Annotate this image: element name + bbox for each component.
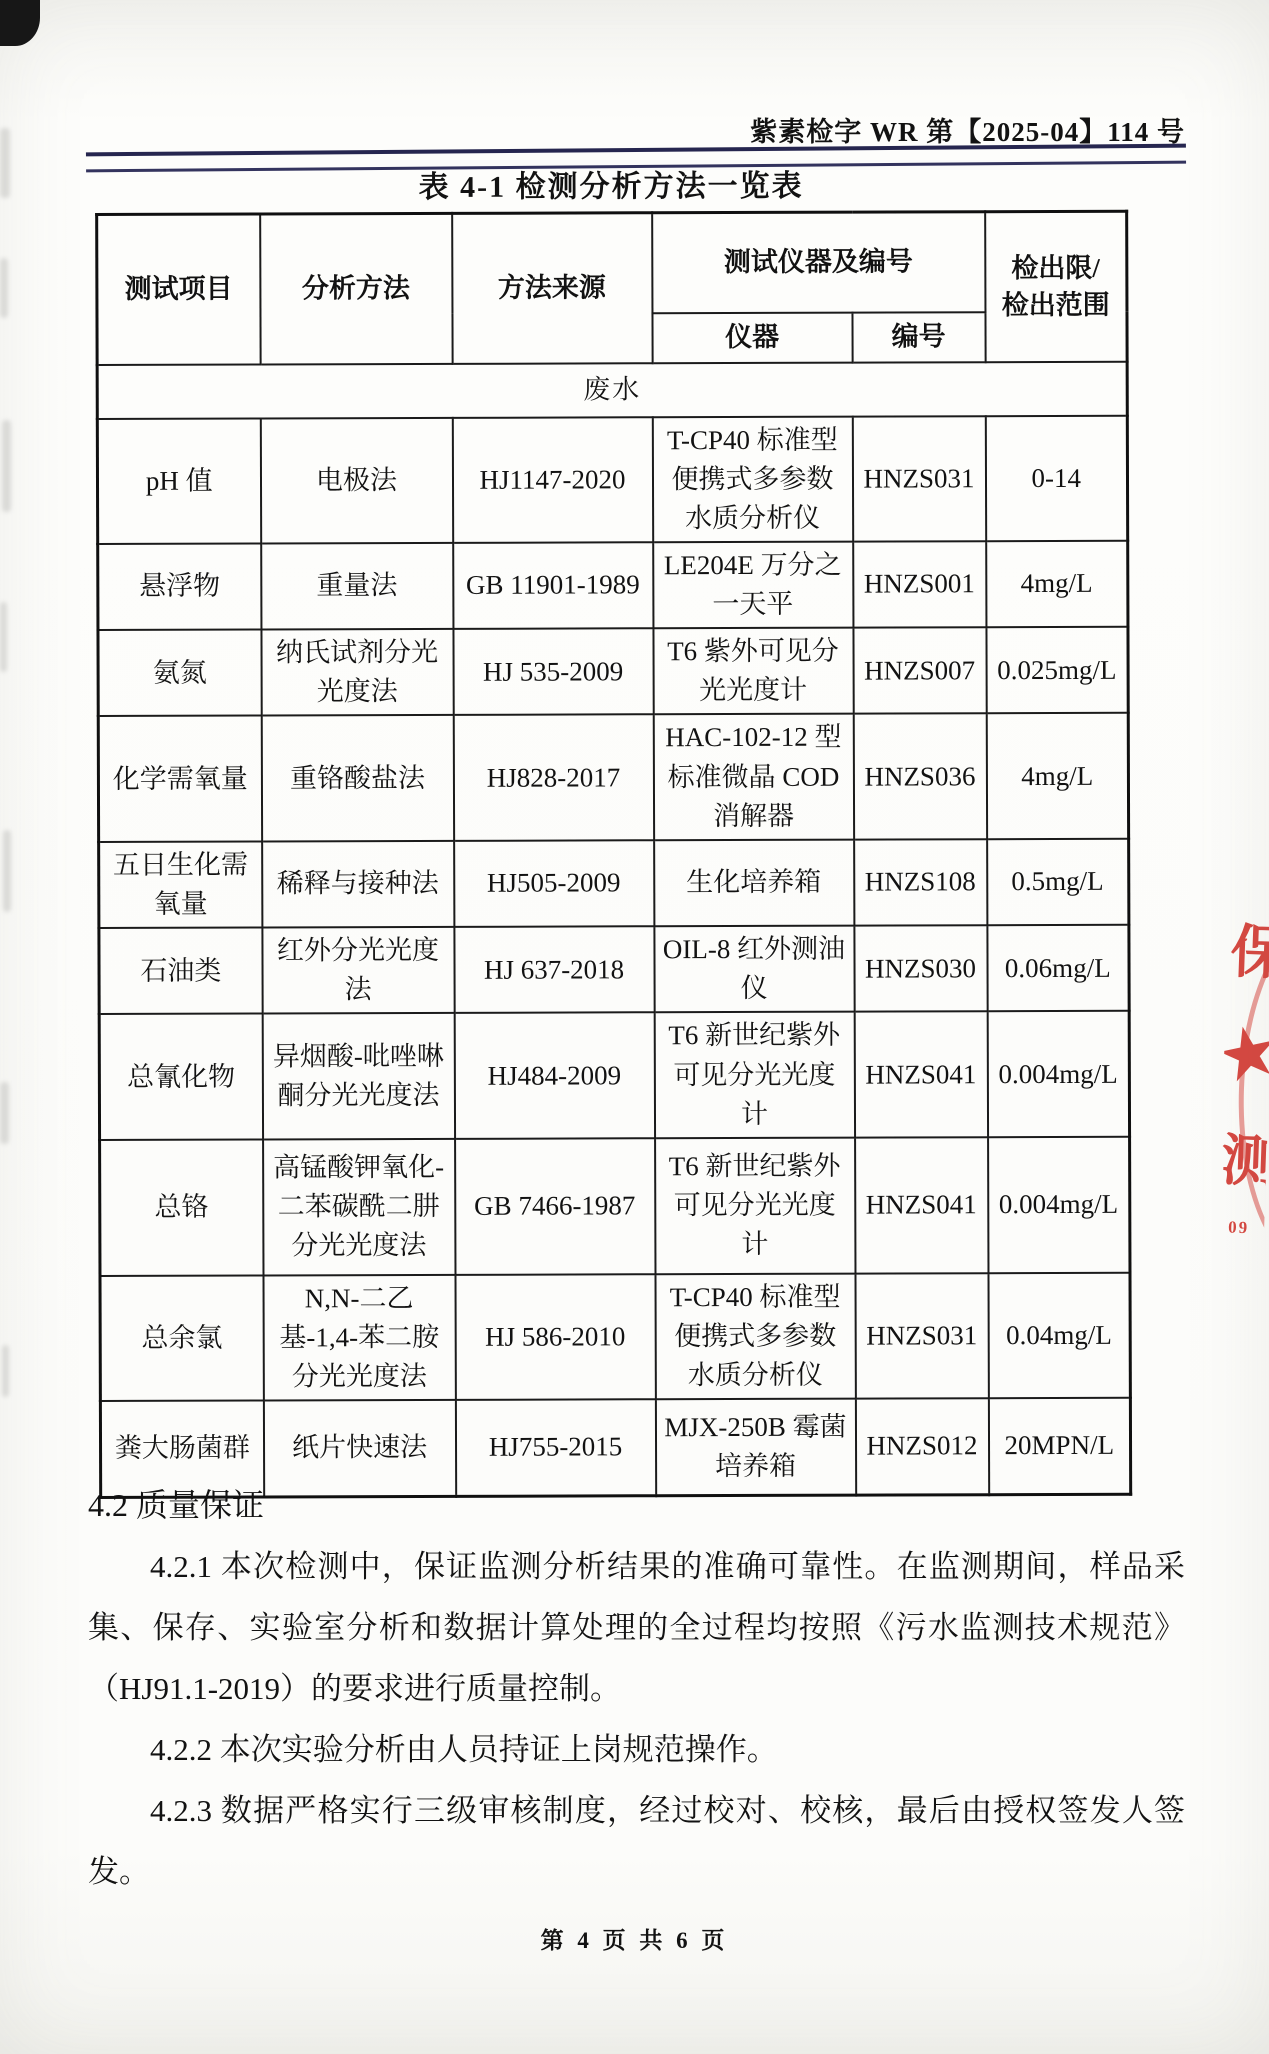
scan-corner-artifact: [0, 0, 40, 46]
analysis-methods-table: 测试项目 分析方法 方法来源 测试仪器及编号 检出限/ 检出范围 仪器 编号 废…: [95, 210, 1132, 1499]
col-header-item: 测试项目: [97, 214, 260, 365]
page-number: 第 4 页 共 6 页: [0, 1922, 1269, 1955]
cell-item: 总余氯: [100, 1275, 263, 1401]
cell-code: HNZS030: [854, 925, 987, 1012]
cell-item: pH 值: [97, 418, 260, 544]
paragraph-4-2-3: 4.2.3 数据严格实行三级审核制度，经过校对、校核，最后由授权签发人签发。: [88, 1780, 1185, 1902]
table-row: pH 值 电极法 HJ1147-2020 T-CP40 标准型便携式多参数水质分…: [97, 415, 1127, 544]
cell-method: 电极法: [260, 417, 452, 543]
cell-method: N,N-二乙基-1,4-苯二胺分光光度法: [263, 1275, 455, 1401]
cell-item: 五日生化需氧量: [99, 841, 262, 928]
scanned-report-page: 紫素检字 WR 第【2025-04】114 号 表 4-1 检测分析方法一览表 …: [0, 0, 1269, 2054]
cell-method: 重铬酸盐法: [261, 715, 453, 841]
scan-smudge: [0, 602, 7, 672]
cell-instrument: T6 紫外可见分光光度计: [653, 628, 853, 715]
table-row: 化学需氧量 重铬酸盐法 HJ828-2017 HAC-102-12 型标准微晶 …: [98, 713, 1128, 842]
cell-source: HJ 637-2018: [454, 926, 654, 1013]
table-row: 总氰化物 异烟酸-吡唑啉酮分光光度法 HJ484-2009 T6 新世纪紫外可见…: [99, 1011, 1129, 1140]
cell-source: GB 7466-1987: [455, 1138, 655, 1275]
col-header-code: 编号: [852, 312, 985, 362]
cell-limit: 0.5mg/L: [987, 839, 1129, 926]
cell-limit: 0.06mg/L: [987, 925, 1129, 1012]
col-header-limit-line1: 检出限/: [992, 250, 1120, 287]
red-seal-stamp: 保 ★ 测 09: [1217, 921, 1269, 1254]
table-row: 氨氮 纳氏试剂分光光度法 HJ 535-2009 T6 紫外可见分光光度计 HN…: [98, 627, 1128, 717]
cell-item: 石油类: [99, 928, 262, 1015]
cell-source: HJ 535-2009: [453, 628, 653, 715]
cell-item: 总氰化物: [99, 1014, 262, 1140]
cell-item: 化学需氧量: [98, 716, 261, 842]
cell-limit: 0.004mg/L: [988, 1137, 1130, 1273]
section-heading: 4.2 质量保证: [88, 1480, 1185, 1526]
paragraph-4-2-1: 4.2.1 本次检测中，保证监测分析结果的准确可靠性。在监测期间，样品采集、保存…: [88, 1536, 1185, 1719]
cell-code: HNZS007: [853, 627, 986, 714]
cell-source: HJ 586-2010: [455, 1274, 655, 1400]
cell-limit: 0.04mg/L: [988, 1273, 1130, 1399]
cell-method: 纳氏试剂分光光度法: [261, 629, 453, 716]
cell-code: HNZS041: [855, 1137, 988, 1273]
star-icon: ★: [1217, 1012, 1269, 1096]
table-row: 悬浮物 重量法 GB 11901-1989 LE204E 万分之一天平 HNZS…: [98, 541, 1128, 631]
cell-method: 高锰酸钾氧化-二苯碳酰二肼分光光度法: [263, 1139, 455, 1276]
col-header-source: 方法来源: [452, 213, 652, 364]
cell-instrument: 生化培养箱: [654, 840, 854, 927]
section-label-wastewater: 废水: [97, 361, 1127, 418]
cell-instrument: LE204E 万分之一天平: [653, 542, 853, 629]
cell-source: HJ828-2017: [453, 715, 653, 841]
cell-instrument: T-CP40 标准型便携式多参数水质分析仪: [652, 416, 852, 542]
cell-method: 重量法: [261, 543, 453, 630]
cell-method: 红外分光光度法: [262, 927, 454, 1014]
cell-limit: 0-14: [985, 415, 1127, 541]
col-header-instrument-group: 测试仪器及编号: [652, 212, 985, 313]
cell-item: 氨氮: [98, 630, 261, 717]
seal-character-bottom: 测: [1220, 1133, 1269, 1191]
cell-source: HJ1147-2020: [452, 417, 652, 543]
cell-item: 总铬: [100, 1139, 263, 1276]
section-row: 废水: [97, 361, 1127, 418]
cell-limit: 4mg/L: [986, 541, 1128, 628]
cell-item: 悬浮物: [98, 543, 261, 630]
cell-instrument: T6 新世纪紫外可见分光光度计: [654, 1012, 854, 1138]
col-header-limit-line2: 检出范围: [992, 287, 1120, 324]
table-row: 五日生化需氧量 稀释与接种法 HJ505-2009 生化培养箱 HNZS108 …: [99, 839, 1129, 929]
cell-code: HNZS108: [854, 839, 987, 926]
cell-code: HNZS031: [852, 416, 985, 542]
table-row: 石油类 红外分光光度法 HJ 637-2018 OIL-8 红外测油仪 HNZS…: [99, 925, 1129, 1015]
col-header-method: 分析方法: [260, 213, 452, 364]
cell-limit: 0.004mg/L: [987, 1011, 1129, 1137]
paragraph-4-2-2: 4.2.2 本次实验分析由人员持证上岗规范操作。: [88, 1719, 1185, 1780]
cell-source: GB 11901-1989: [453, 542, 653, 629]
cell-limit: 0.025mg/L: [986, 627, 1128, 714]
seal-character-top: 保: [1230, 923, 1269, 983]
cell-instrument: HAC-102-12 型标准微晶 COD 消解器: [653, 714, 853, 840]
seal-digits: 09: [1228, 1217, 1250, 1238]
table-title: 表 4-1 检测分析方法一览表: [95, 160, 1127, 207]
scan-smudge: [3, 830, 11, 912]
col-header-instrument: 仪器: [652, 312, 852, 363]
cell-limit: 4mg/L: [986, 713, 1128, 839]
scan-smudge: [0, 128, 10, 198]
document-number: 紫素检字 WR 第【2025-04】114 号: [750, 110, 1185, 149]
scan-smudge: [2, 420, 11, 512]
cell-source: HJ505-2009: [454, 840, 654, 927]
cell-instrument: T6 新世纪紫外可见分光光度计: [655, 1138, 855, 1275]
cell-source: HJ484-2009: [454, 1013, 654, 1139]
cell-instrument: T-CP40 标准型便携式多参数水质分析仪: [655, 1274, 855, 1400]
analysis-methods-table-section: 表 4-1 检测分析方法一览表 测试项目 分析方法 方法来源 测试仪器及编号 检…: [95, 160, 1131, 1499]
scan-smudge: [2, 1345, 9, 1397]
quality-assurance-section: 4.2 质量保证 4.2.1 本次检测中，保证监测分析结果的准确可靠性。在监测期…: [88, 1480, 1185, 1902]
cell-method: 稀释与接种法: [262, 841, 454, 928]
scan-smudge: [0, 1082, 9, 1144]
col-header-limit: 检出限/ 检出范围: [985, 211, 1127, 361]
table-row: 总余氯 N,N-二乙基-1,4-苯二胺分光光度法 HJ 586-2010 T-C…: [100, 1273, 1130, 1402]
table-row: 总铬 高锰酸钾氧化-二苯碳酰二肼分光光度法 GB 7466-1987 T6 新世…: [100, 1137, 1130, 1276]
cell-method: 异烟酸-吡唑啉酮分光光度法: [262, 1013, 454, 1139]
cell-code: HNZS031: [855, 1273, 988, 1399]
cell-code: HNZS001: [853, 541, 986, 628]
header-row: 测试项目 分析方法 方法来源 测试仪器及编号 检出限/ 检出范围: [97, 211, 1127, 314]
cell-code: HNZS036: [853, 714, 986, 840]
scan-smudge: [0, 258, 8, 318]
cell-instrument: OIL-8 红外测油仪: [654, 926, 854, 1013]
cell-code: HNZS041: [854, 1012, 987, 1138]
